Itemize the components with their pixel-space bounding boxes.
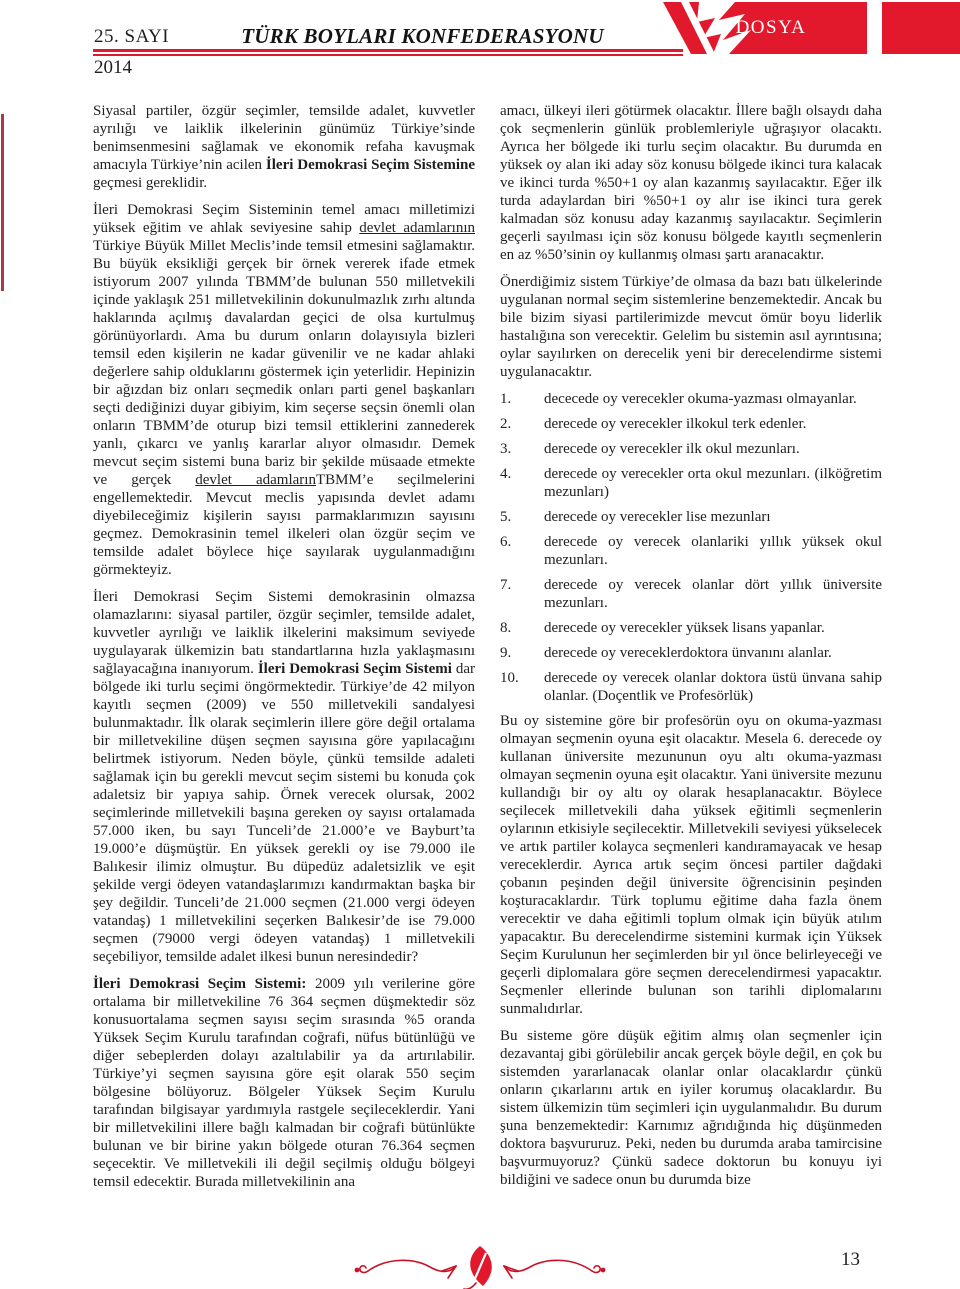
page-number: 13	[841, 1249, 860, 1271]
dosya-section-band: DOSYA	[655, 2, 867, 54]
header-year-label: 2014	[94, 57, 132, 79]
header-rule-thin	[93, 54, 683, 56]
paragraph: amacı, ülkeyi ileri götürmek olacaktır. …	[500, 102, 882, 264]
journal-title: TÜRK BOYLARI KONFEDERASYONU	[150, 24, 695, 49]
list-item: 1.dececede oy verecekler okuma-yazması o…	[500, 390, 882, 408]
list-item: 7.derecede oy verecek olanlar dört yıllı…	[500, 576, 882, 612]
paragraph: Siyasal partiler, özgür seçimler, temsil…	[93, 102, 475, 192]
list-item: 8.derecede oy verecekler yüksek lisans y…	[500, 619, 882, 637]
article-column-right: amacı, ülkeyi ileri götürmek olacaktır. …	[500, 102, 882, 1200]
magazine-page: { "header": { "issue": "25. SAYI", "year…	[0, 0, 960, 1289]
list-item: 6.derecede oy verecek olanlariki yıllık …	[500, 533, 882, 569]
list-item: 9.derecede oy vereceklerdoktora ünvanını…	[500, 644, 882, 662]
left-margin-accent-line	[1, 114, 4, 291]
list-item: 10.derecede oy verecek olanlar doktora ü…	[500, 669, 882, 705]
list-item: 5.derecede oy verecekler lise mezunları	[500, 508, 882, 526]
paragraph: İleri Demokrasi Seçim Sistemi: 2009 yılı…	[93, 975, 475, 1191]
article-body: Siyasal partiler, özgür seçimler, temsil…	[93, 102, 882, 1200]
corner-accent-block	[882, 2, 960, 54]
list-item: 2.derecede oy verecekler ilkokul terk ed…	[500, 415, 882, 433]
paragraph: Bu oy sistemine göre bir profesörün oyu …	[500, 712, 882, 1018]
paragraph: İleri Demokrasi Seçim Sisteminin temel a…	[93, 201, 475, 579]
header-rule	[93, 49, 683, 56]
footer-flourish-icon	[352, 1243, 608, 1289]
list-item: 3.derecede oy verecekler ilk okul mezunl…	[500, 440, 882, 458]
paragraph: İleri Demokrasi Seçim Sistemi demokrasin…	[93, 588, 475, 966]
list-item: 4.derecede oy verecekler orta okul mezun…	[500, 465, 882, 501]
paragraph: Bu sisteme göre düşük eğitim almış olan …	[500, 1027, 882, 1189]
dosya-label: DOSYA	[701, 2, 841, 54]
paragraph: Önerdiğimiz sistem Türkiye’de olmasa da …	[500, 273, 882, 381]
article-column-left: Siyasal partiler, özgür seçimler, temsil…	[93, 102, 475, 1200]
